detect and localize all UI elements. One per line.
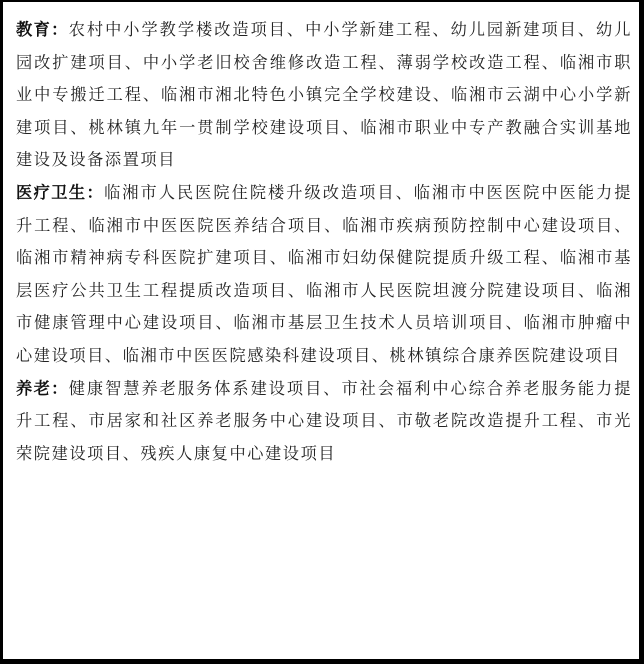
section-healthcare: 医疗卫生：临湘市人民医院住院楼升级改造项目、临湘市中医医院中医能力提升工程、临湘… xyxy=(16,177,632,373)
section-text-education: 农村中小学教学楼改造项目、中小学新建工程、幼儿园新建项目、幼儿园改扩建项目、中小… xyxy=(16,20,632,169)
section-elderly-care: 养老：健康智慧养老服务体系建设项目、市社会福利中心综合养老服务能力提升工程、市居… xyxy=(16,373,632,471)
document-frame: 教育：农村中小学教学楼改造项目、中小学新建工程、幼儿园新建项目、幼儿园改扩建项目… xyxy=(0,0,644,664)
section-text-elderly-care: 健康智慧养老服务体系建设项目、市社会福利中心综合养老服务能力提升工程、市居家和社… xyxy=(16,379,632,463)
document-body: 教育：农村中小学教学楼改造项目、中小学新建工程、幼儿园新建项目、幼儿园改扩建项目… xyxy=(16,14,632,470)
section-education: 教育：农村中小学教学楼改造项目、中小学新建工程、幼儿园新建项目、幼儿园改扩建项目… xyxy=(16,14,632,177)
section-text-healthcare: 临湘市人民医院住院楼升级改造项目、临湘市中医医院中医能力提升工程、临湘市中医医院… xyxy=(16,183,632,365)
section-label-healthcare: 医疗卫生： xyxy=(16,183,104,202)
section-label-education: 教育： xyxy=(16,20,69,39)
section-label-elderly-care: 养老： xyxy=(16,379,69,398)
